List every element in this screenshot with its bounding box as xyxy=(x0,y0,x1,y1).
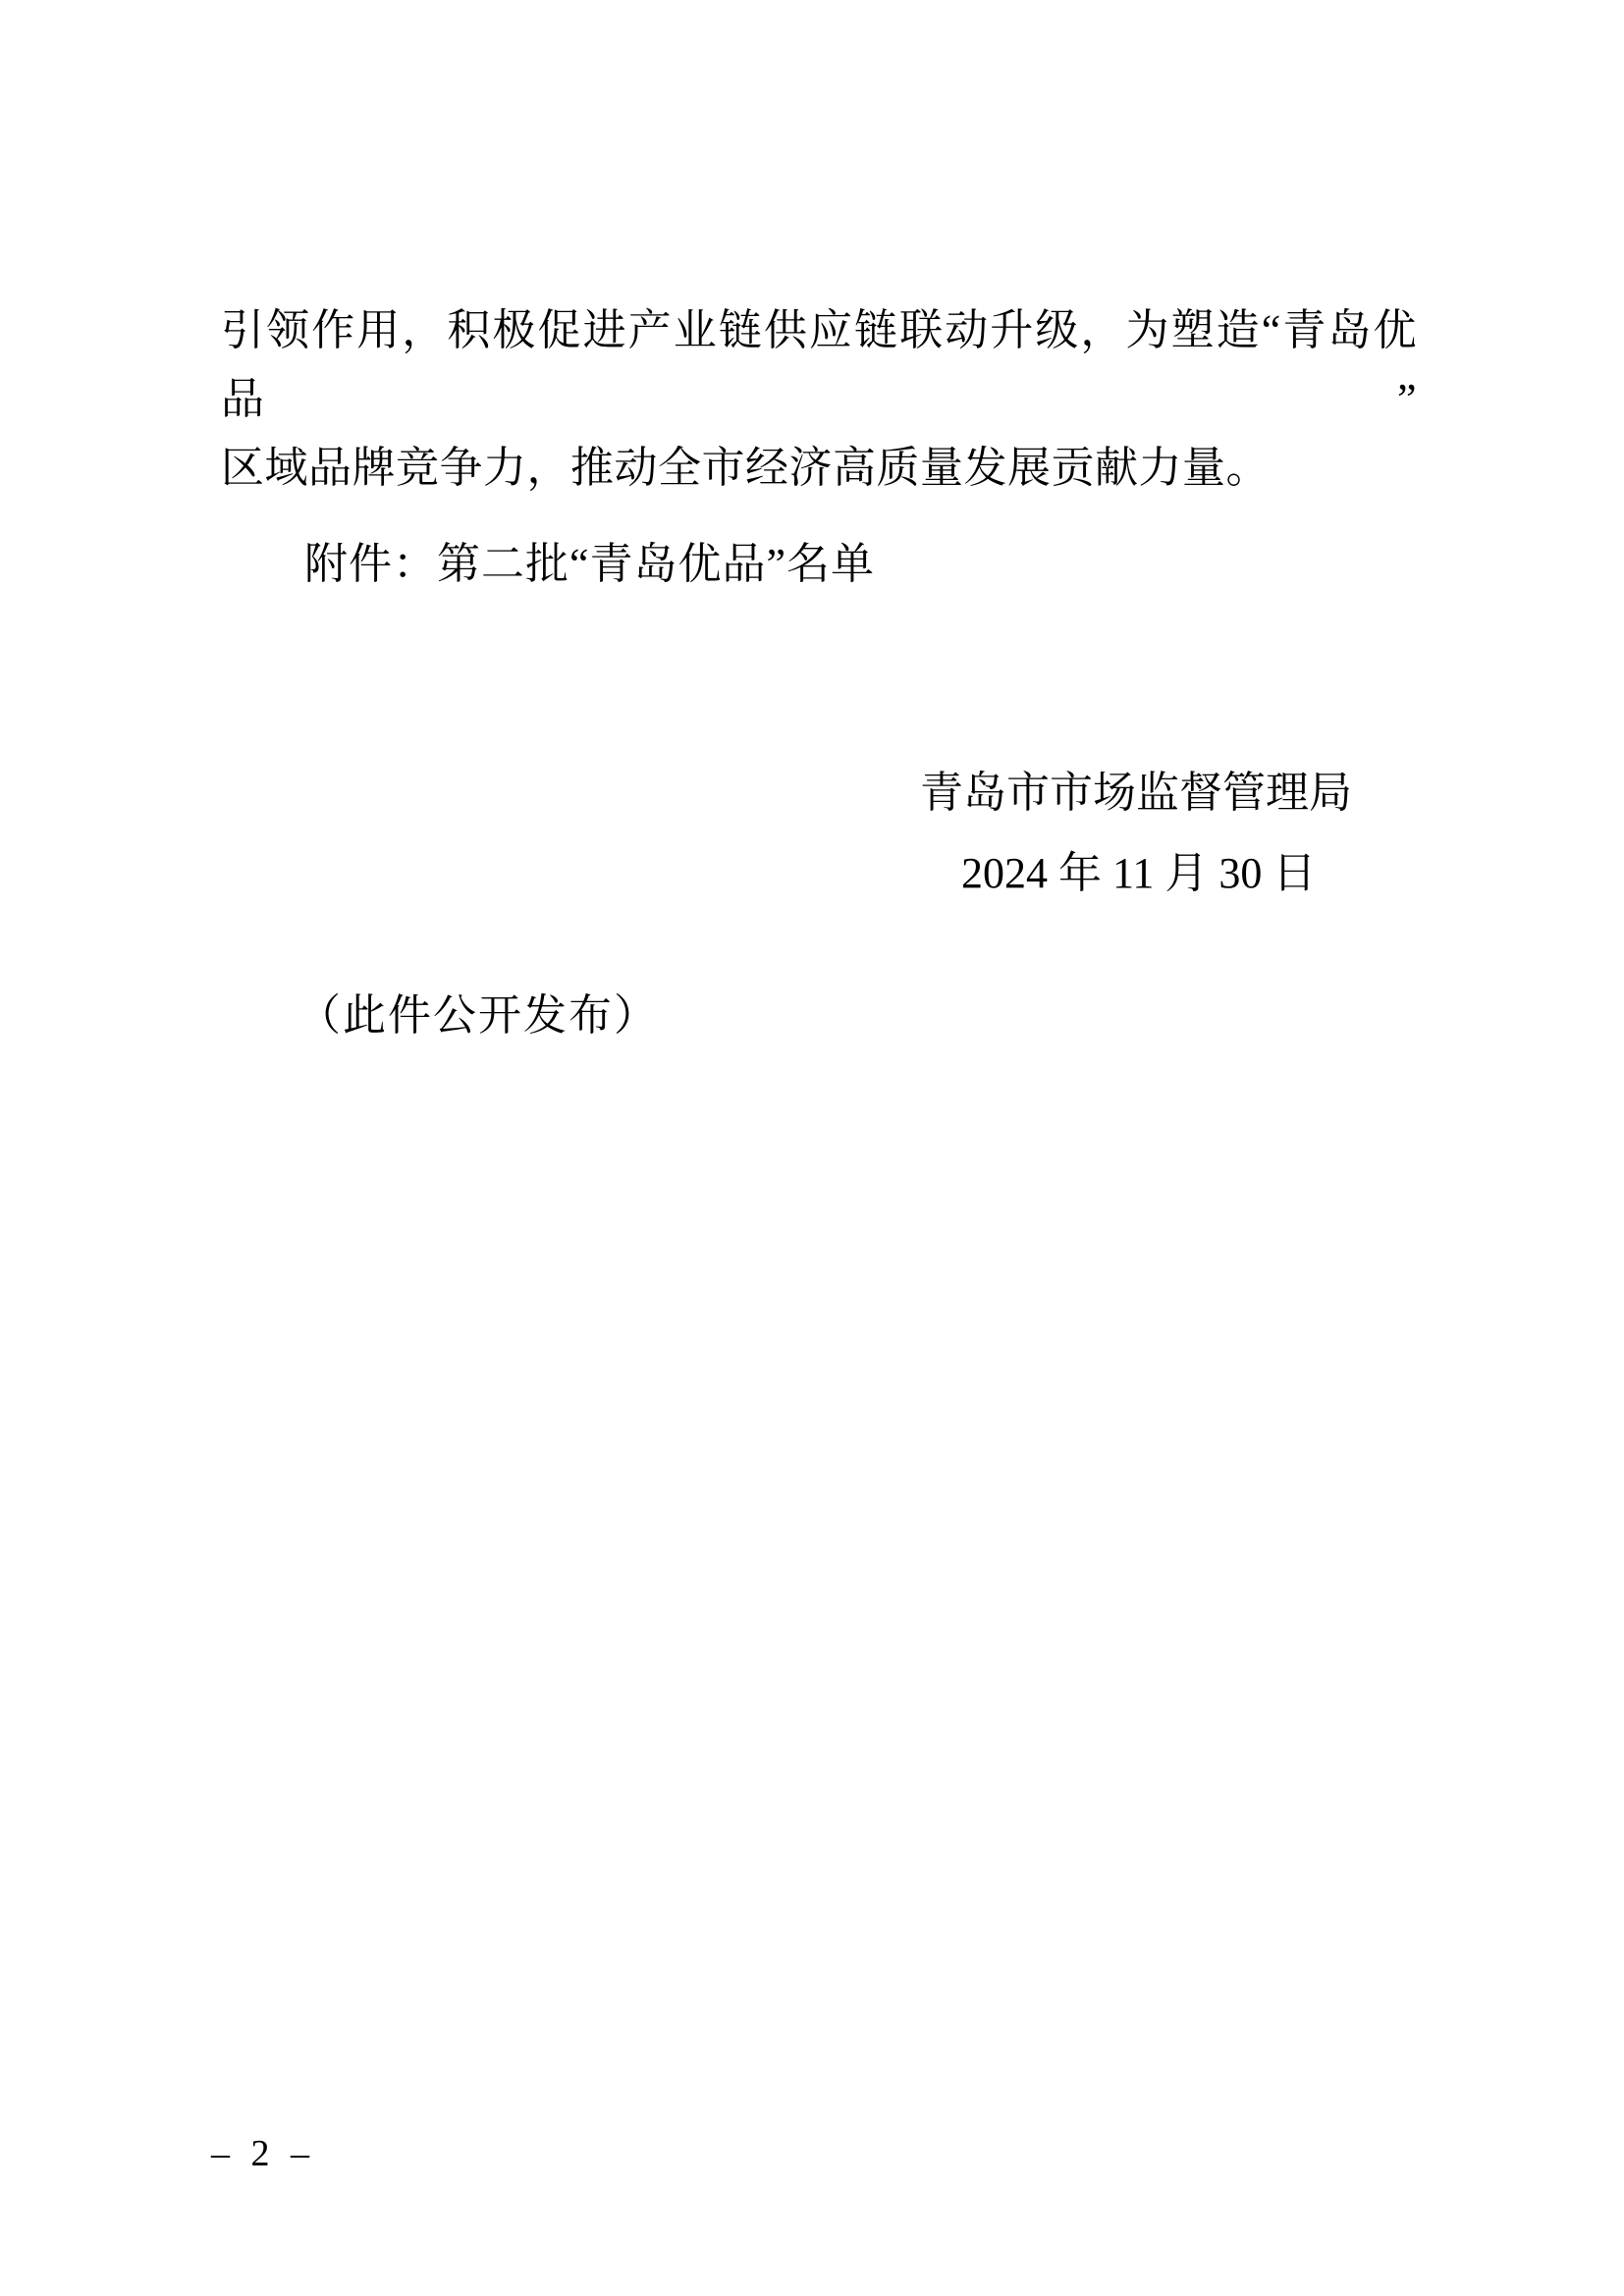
page-number: – 2 – xyxy=(211,2132,315,2175)
paragraph-line-2: 区域品牌竞争力，推动全市经济高质量发展贡献力量。 xyxy=(221,434,1417,503)
issuer-name: 青岛市市场监督管理局 xyxy=(920,768,1352,819)
document-page: 引领作用，积极促进产业链供应链联动升级，为塑造“青岛优品” 区域品牌竞争力，推动… xyxy=(0,0,1624,2296)
release-note: （此件公开发布） xyxy=(298,990,659,1041)
issue-date: 2024 年 11 月 30 日 xyxy=(961,848,1316,899)
attachment-line: 附件：第二批“青岛优品”名单 xyxy=(304,539,875,590)
paragraph-line-1: 引领作用，积极促进产业链供应链联动升级，为塑造“青岛优品” xyxy=(221,296,1417,434)
body-paragraph: 引领作用，积极促进产业链供应链联动升级，为塑造“青岛优品” 区域品牌竞争力，推动… xyxy=(221,296,1417,503)
